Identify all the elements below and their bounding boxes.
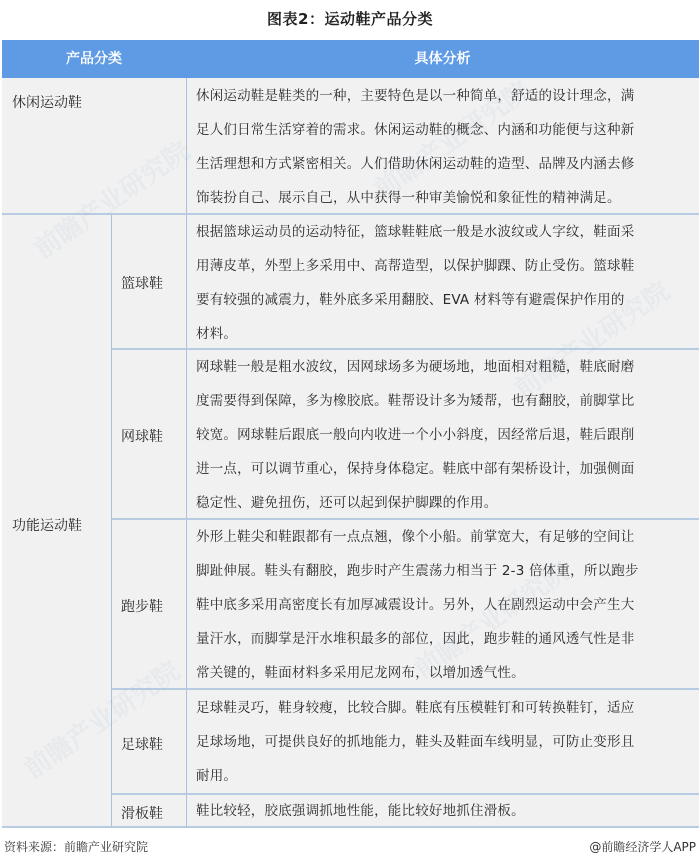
figure-title: 图表2：运动鞋产品分类 [0,8,700,29]
analysis-text: 外形上鞋尖和鞋跟都有一点点翘，像个小船。前掌宽大，有足够的空间让 脚趾伸展。鞋头… [196,520,639,690]
subcategory-label: 滑板鞋 [121,803,163,823]
table-row-casual-analysis: 休闲运动鞋是鞋类的一种，主要特色是以一种简单，舒适的设计理念，满 足人们日常生活… [187,78,699,215]
category-label: 休闲运动鞋 [12,92,82,112]
analysis-text: 足球鞋灵巧，鞋身较瘦，比较合脚。鞋底有压模鞋钉和可转换鞋钉，适应 足球场地，可提… [196,691,634,793]
subcategory-label: 网球鞋 [121,426,163,446]
analysis-tennis: 网球鞋一般是粗水波纹，因网球场多为硬场地，地面相对粗糙，鞋底耐磨 度需要得到保障… [187,350,699,520]
table-header: 产品分类 具体分析 [2,40,699,78]
analysis-text: 鞋比较轻，胶底强调抓地性能，能比较好地抓住滑板。 [196,794,525,828]
table-row-functional-category: 功能运动鞋 [2,215,112,828]
analysis-basketball: 根据篮球运动员的运动特征，篮球鞋鞋底一般是水波纹或人字纹，鞋面采 用薄皮革，外型… [187,215,699,350]
subcategory-skateboard: 滑板鞋 [112,795,187,828]
subcategory-basketball: 篮球鞋 [112,215,187,350]
subcategory-label: 跑步鞋 [121,596,163,616]
subcategory-label: 足球鞋 [121,734,163,754]
header-analysis: 具体分析 [186,40,699,78]
subcategory-football: 足球鞋 [112,690,187,795]
header-category: 产品分类 [2,40,186,78]
analysis-running: 外形上鞋尖和鞋跟都有一点点翘，像个小船。前掌宽大，有足够的空间让 脚趾伸展。鞋头… [187,520,699,690]
category-label: 功能运动鞋 [12,515,82,535]
analysis-text: 休闲运动鞋是鞋类的一种，主要特色是以一种简单，舒适的设计理念，满 足人们日常生活… [196,79,634,215]
analysis-skateboard: 鞋比较轻，胶底强调抓地性能，能比较好地抓住滑板。 [187,795,699,828]
subcategory-running: 跑步鞋 [112,520,187,690]
analysis-text: 根据篮球运动员的运动特征，篮球鞋鞋底一般是水波纹或人字纹，鞋面采 用薄皮革，外型… [196,215,634,351]
subcategory-tennis: 网球鞋 [112,350,187,520]
credit-note: @前瞻经济学人APP [589,838,696,855]
source-note: 资料来源：前瞻产业研究院 [4,838,148,855]
subcategory-label: 篮球鞋 [121,273,163,293]
analysis-football: 足球鞋灵巧，鞋身较瘦，比较合脚。鞋底有压模鞋钉和可转换鞋钉，适应 足球场地，可提… [187,690,699,795]
table-row-casual-category: 休闲运动鞋 [2,78,187,215]
analysis-text: 网球鞋一般是粗水波纹，因网球场多为硬场地，地面相对粗糙，鞋底耐磨 度需要得到保障… [196,350,634,520]
